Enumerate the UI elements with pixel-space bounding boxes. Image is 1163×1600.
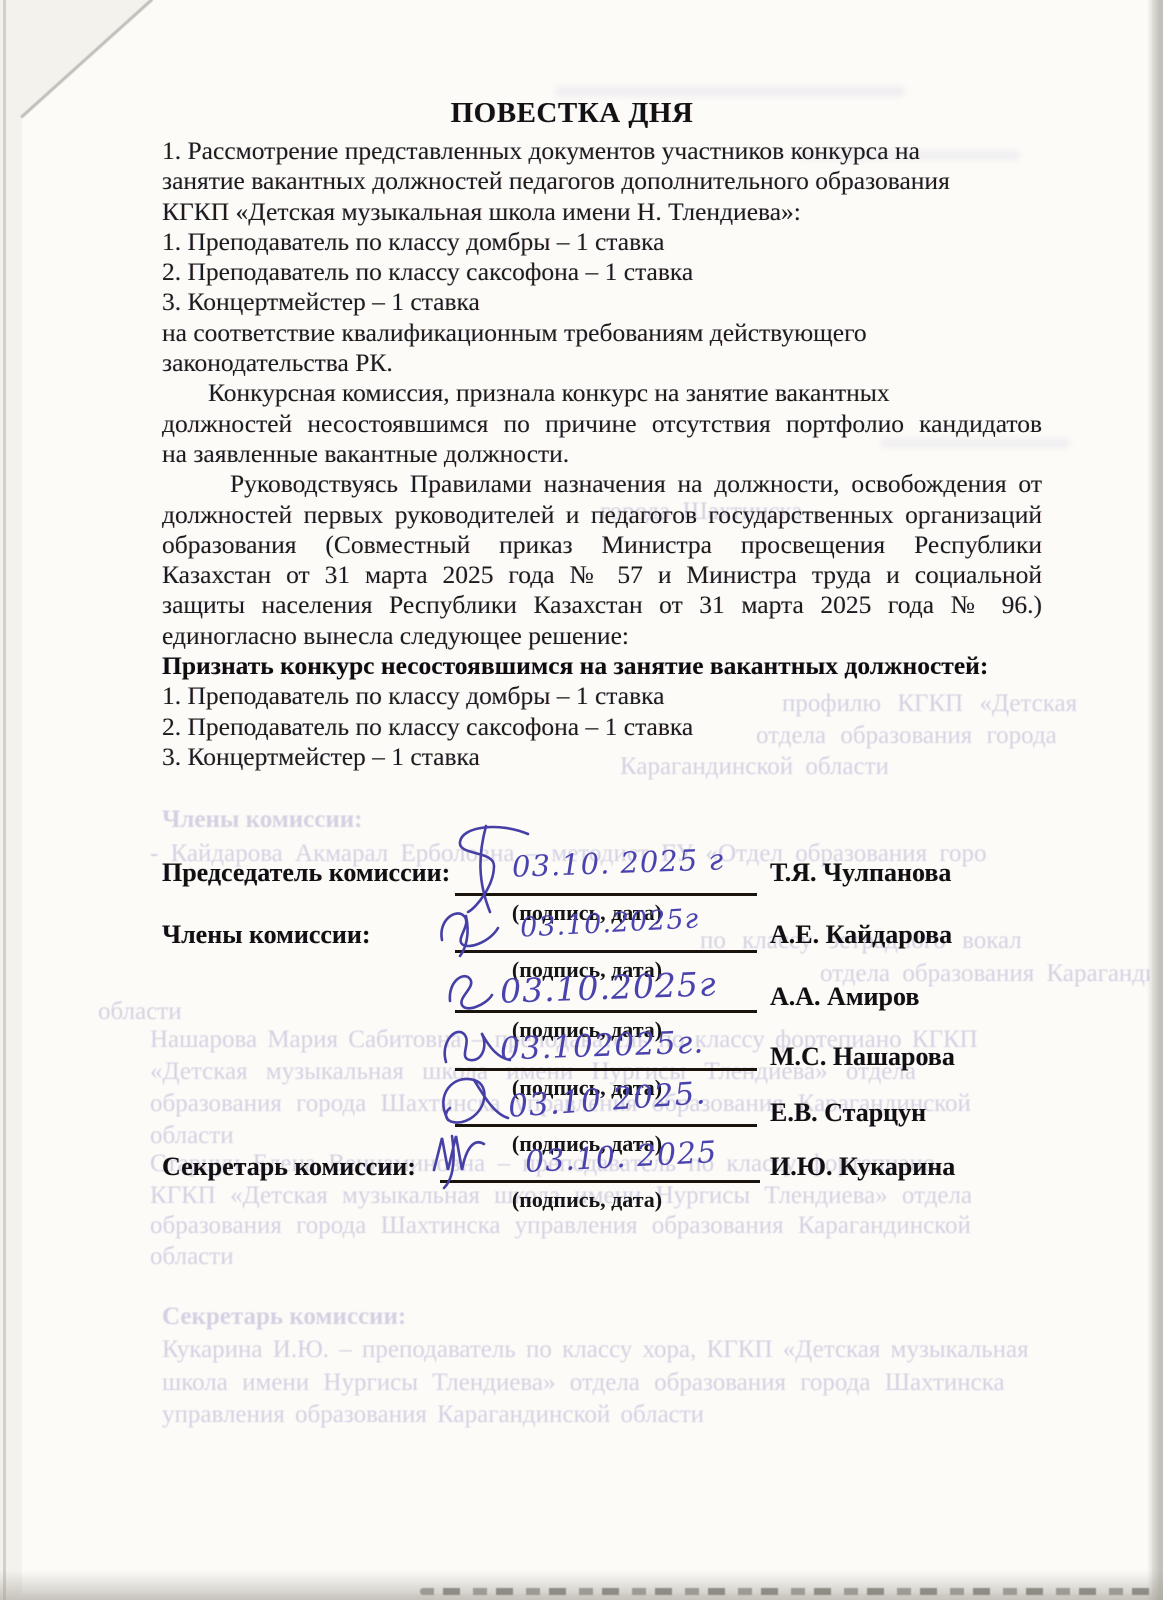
member-name: А.Е. Кайдарова <box>770 920 952 950</box>
scanned-document: города Шахтинска профилю КГКП «Детская о… <box>0 0 1163 1600</box>
handwritten-date: 03.10.2025г <box>499 964 717 1011</box>
secretary-name: И.Ю. Кукарина <box>770 1152 955 1182</box>
member-name: М.С. Нашарова <box>770 1042 955 1072</box>
signature-ink <box>428 1122 523 1192</box>
member-name: Е.В. Старцун <box>770 1098 926 1128</box>
secretary-label: Секретарь комиссии: <box>162 1152 416 1182</box>
chairman-label: Председатель комиссии: <box>162 858 450 888</box>
handwritten-date: 03.102025г. <box>499 1024 704 1067</box>
handwritten-date: 03.10. 2025 г <box>511 842 724 883</box>
signature-block: Председатель комиссии: 03.10. 2025 г Т.Я… <box>0 0 1163 1600</box>
chairman-name: Т.Я. Чулпанова <box>770 858 951 888</box>
member-name: А.А. Амиров <box>770 982 919 1012</box>
members-label: Члены комиссии: <box>162 920 371 950</box>
